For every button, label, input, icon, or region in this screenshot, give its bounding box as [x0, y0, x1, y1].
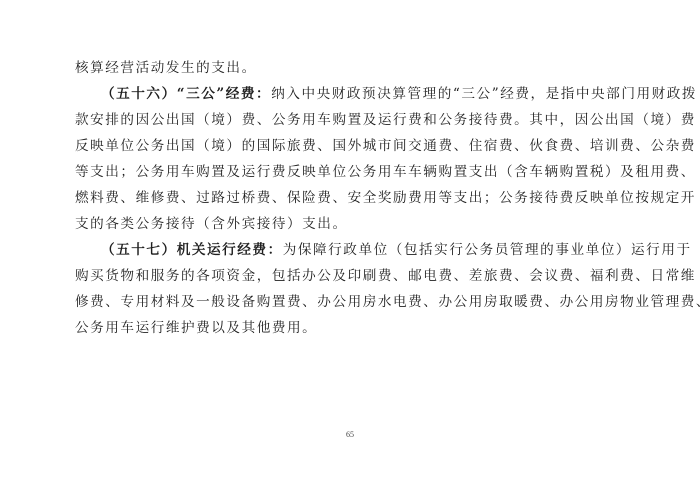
item-57-first-line: （五十七）机关运行经费：为保障行政单位（包括实行公务员管理的事业单位）运行用于 — [101, 241, 631, 259]
text-line: 修费、专用材料及一般设备购置费、办公用房水电费、办公用房取暖费、办公用房物业管理… — [75, 293, 631, 311]
item-56-heading: （五十六）“三公”经费： — [101, 86, 271, 102]
text-line: 款安排的因公出国（境）费、公务用车购置及运行费和公务接待费。其中，因公出国（境）… — [75, 111, 631, 129]
text-line: 公务用车运行维护费以及其他费用。 — [75, 319, 631, 337]
text-line: 燃料费、维修费、过路过桥费、保险费、安全奖励费用等支出；公务接待费反映单位按规定… — [75, 189, 631, 207]
text-line: 核算经营活动发生的支出。 — [75, 59, 631, 77]
text-line: 反映单位公务出国（境）的国际旅费、国外城市间交通费、住宿费、伙食费、培训费、公杂… — [75, 137, 631, 155]
page-number: 65 — [340, 430, 360, 439]
document-page: 核算经营活动发生的支出。 （五十六）“三公”经费：纳入中央财政预决算管理的“三公… — [0, 0, 700, 479]
item-56-first-line: （五十六）“三公”经费：纳入中央财政预决算管理的“三公”经费，是指中央部门用财政… — [101, 85, 631, 103]
text-line: 支的各类公务接待（含外宾接待）支出。 — [75, 215, 631, 233]
item-57-text: 为保障行政单位（包括实行公务员管理的事业单位）运行用于 — [283, 242, 692, 258]
item-57-heading: （五十七）机关运行经费： — [101, 242, 283, 258]
text-line: 购买货物和服务的各项资金，包括办公及印刷费、邮电费、差旅费、会议费、福利费、日常… — [75, 267, 631, 285]
text-line: 等支出；公务用车购置及运行费反映单位公务用车车辆购置支出（含车辆购置税）及租用费… — [75, 163, 631, 181]
item-56-text: 纳入中央财政预决算管理的“三公”经费，是指中央部门用财政拨 — [271, 86, 697, 102]
